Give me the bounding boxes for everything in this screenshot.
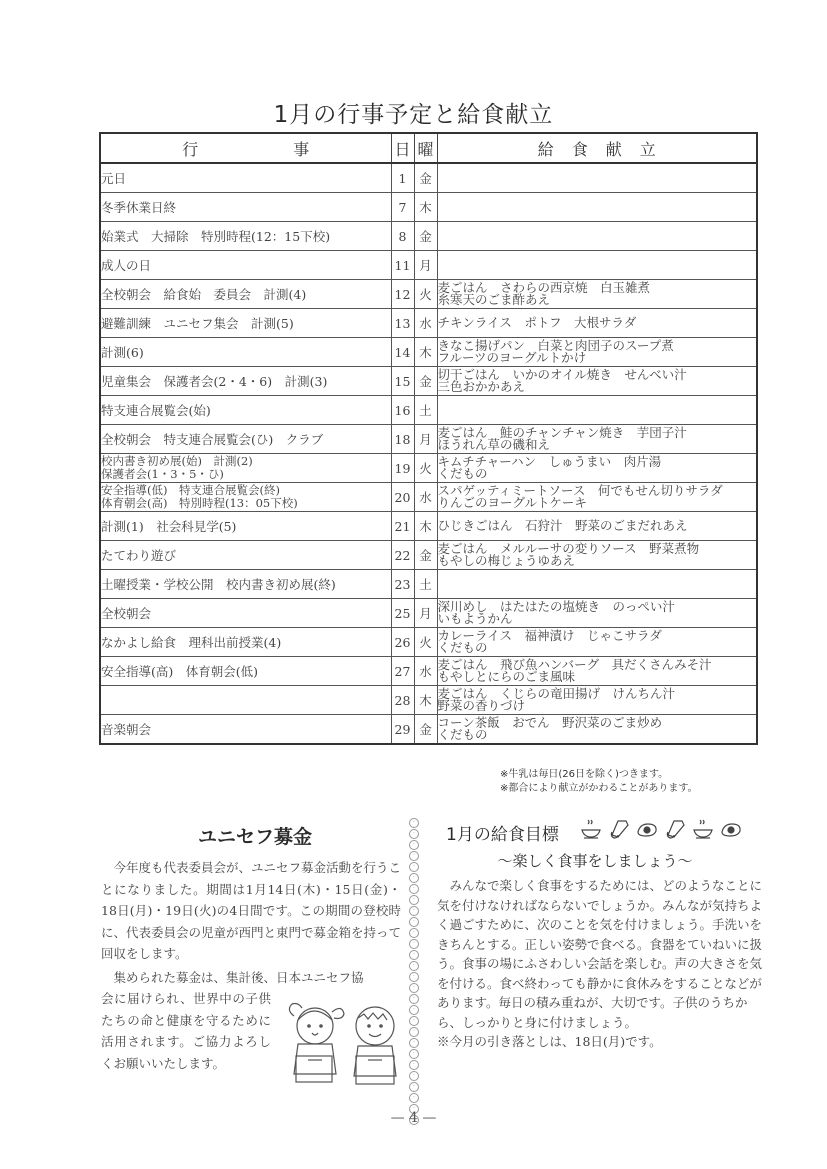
day-cell: 8 [391, 222, 414, 251]
event-cell: 校内書き初め展(始) 計測(2)保護者会(1・3・5・ひ) [100, 454, 391, 483]
smiley-face-icon: · [409, 917, 419, 927]
milk-carton-icon [664, 818, 686, 840]
schedule-table: 行事 日 曜 給食献立 元日1金冬季休業日終7木始業式 大掃除 特別時程(12：… [99, 132, 758, 745]
event-line: 安全指導(高) 体育朝会(低) [101, 662, 391, 680]
weekday-cell: 月 [414, 425, 437, 454]
weekday-cell: 金 [414, 163, 437, 193]
menu-cell: 麦ごはん メルルーサの変りソース 野菜煮物もやしの梅じょうゆあえ [437, 541, 757, 570]
table-row: 計測(1) 社会科見学(5)21木ひじきごはん 石狩汁 野菜のごまだれあえ [100, 512, 757, 541]
event-cell: たてわり遊び [100, 541, 391, 570]
menu-cell [437, 570, 757, 599]
event-cell: 児童集会 保護者会(2・4・6) 計測(3) [100, 367, 391, 396]
event-cell: 計測(6) [100, 338, 391, 367]
food-icons [580, 818, 742, 840]
smiley-face-icon: · [409, 840, 419, 850]
menu-cell [437, 163, 757, 193]
day-cell: 12 [391, 280, 414, 309]
event-line: 計測(1) 社会科見学(5) [101, 517, 391, 535]
smiley-face-icon: · [409, 972, 419, 982]
header-menu-char: 立 [640, 140, 656, 159]
table-row: 始業式 大掃除 特別時程(12：15下校)8金 [100, 222, 757, 251]
smiley-face-icon: · [409, 1082, 419, 1092]
page-title: 1月の行事予定と給食献立 [0, 96, 827, 129]
header-event-char: 事 [293, 140, 309, 159]
lunch-goal-text: みんなで楽しく食事をするためには、どのようなことに気を付けなければならないでしょ… [437, 876, 767, 1032]
unicef-paragraph-2-first: 集められた募金は、集計後、日本ユニセフ協 [114, 970, 364, 985]
event-cell: 全校朝会 [100, 599, 391, 628]
unicef-title: ユニセフ募金 [100, 822, 410, 849]
smiley-divider: ···························· [408, 818, 420, 1098]
day-cell: 25 [391, 599, 414, 628]
event-line: 全校朝会 特支連合展覧会(ひ) クラブ [101, 430, 391, 448]
menu-line: りんごのヨーグルトケーキ [438, 497, 757, 509]
table-row: なかよし給食 理科出前授業(4)26火カレーライス 福神漬け じゃこサラダくだも… [100, 628, 757, 657]
table-row: 成人の日11月 [100, 251, 757, 280]
event-cell [100, 686, 391, 715]
header-event: 行事 [100, 133, 391, 163]
day-cell: 18 [391, 425, 414, 454]
smiley-face-icon: · [409, 1027, 419, 1037]
menu-cell: カレーライス 福神漬け じゃこサラダくだもの [437, 628, 757, 657]
fried-egg-icon [636, 818, 658, 840]
smiley-face-icon: · [409, 1049, 419, 1059]
weekday-cell: 水 [414, 483, 437, 512]
event-line: 全校朝会 給食始 委員会 計測(4) [101, 285, 391, 303]
table-row: 避難訓練 ユニセフ集会 計測(5)13水チキンライス ポトフ 大根サラダ [100, 309, 757, 338]
day-cell: 1 [391, 163, 414, 193]
table-row: 冬季休業日終7木 [100, 193, 757, 222]
event-line: 避難訓練 ユニセフ集会 計測(5) [101, 314, 391, 332]
event-line: 特支連合展覧会(始) [101, 401, 391, 419]
day-cell: 16 [391, 396, 414, 425]
menu-line: くだもの [438, 468, 757, 480]
day-cell: 29 [391, 715, 414, 745]
menu-line: 糸寒天のごま酢あえ [438, 294, 757, 306]
menu-line: くだもの [438, 729, 757, 741]
day-cell: 19 [391, 454, 414, 483]
menu-cell: 麦ごはん 鮭のチャンチャン焼き 芋団子汁ほうれん草の磯和え [437, 425, 757, 454]
smiley-face-icon: · [409, 1071, 419, 1081]
menu-line: くだもの [438, 642, 757, 654]
menu-line: もやしの梅じょうゆあえ [438, 555, 757, 567]
day-cell: 27 [391, 657, 414, 686]
page-number: — 4 — [0, 1110, 827, 1126]
smiley-face-icon: · [409, 906, 419, 916]
weekday-cell: 木 [414, 338, 437, 367]
header-menu-char: 献 [606, 140, 622, 159]
weekday-cell: 火 [414, 628, 437, 657]
header-menu-char: 食 [572, 140, 588, 159]
table-row: 土曜授業・学校公開 校内書き初め展(終)23土 [100, 570, 757, 599]
smiley-face-icon: · [409, 994, 419, 1004]
lunch-goal-note: ※今月の引き落としは、18日(月)です。 [437, 1032, 767, 1052]
weekday-cell: 水 [414, 309, 437, 338]
smiley-face-icon: · [409, 873, 419, 883]
event-cell: 音楽朝会 [100, 715, 391, 745]
event-line: 始業式 大掃除 特別時程(12：15下校) [101, 227, 391, 245]
weekday-cell: 土 [414, 570, 437, 599]
day-cell: 14 [391, 338, 414, 367]
note-menu-change: ※都合により献立がかわることがあります。 [500, 782, 760, 796]
smiley-face-icon: · [409, 829, 419, 839]
lunch-goal-body: みんなで楽しく食事をするためには、どのようなことに気を付けなければならないでしょ… [437, 876, 767, 1052]
day-cell: 22 [391, 541, 414, 570]
event-cell: 安全指導(高) 体育朝会(低) [100, 657, 391, 686]
event-cell: 土曜授業・学校公開 校内書き初め展(終) [100, 570, 391, 599]
menu-cell: スパゲッティミートソース 何でもせん切りサラダりんごのヨーグルトケーキ [437, 483, 757, 512]
event-line: 冬季休業日終 [101, 198, 391, 216]
day-cell: 23 [391, 570, 414, 599]
day-cell: 11 [391, 251, 414, 280]
header-weekday: 曜 [414, 133, 437, 163]
event-cell: 成人の日 [100, 251, 391, 280]
menu-cell: チキンライス ポトフ 大根サラダ [437, 309, 757, 338]
smiley-face-icon: · [409, 939, 419, 949]
smiley-face-icon: · [409, 895, 419, 905]
children-illustration [280, 998, 410, 1088]
menu-cell: キムチチャーハン しゅうまい 肉片湯くだもの [437, 454, 757, 483]
smiley-face-icon: · [409, 961, 419, 971]
menu-cell [437, 222, 757, 251]
schedule-body: 元日1金冬季休業日終7木始業式 大掃除 特別時程(12：15下校)8金成人の日1… [100, 163, 757, 744]
weekday-cell: 木 [414, 193, 437, 222]
event-cell: 全校朝会 特支連合展覧会(ひ) クラブ [100, 425, 391, 454]
smiley-face-icon: · [409, 818, 419, 828]
menu-line: チキンライス ポトフ 大根サラダ [438, 317, 757, 329]
weekday-cell: 金 [414, 541, 437, 570]
table-row: 安全指導(低) 特支連合展覧会(終)体育朝会(高) 特別時程(13：05下校)2… [100, 483, 757, 512]
smiley-face-icon: · [409, 1016, 419, 1026]
table-row: 元日1金 [100, 163, 757, 193]
table-header-row: 行事 日 曜 給食献立 [100, 133, 757, 163]
menu-cell: 切干ごはん いかのオイル焼き せんべい汁三色おかかあえ [437, 367, 757, 396]
event-cell: 元日 [100, 163, 391, 193]
event-line: 元日 [101, 169, 391, 187]
event-line: 全校朝会 [101, 604, 391, 622]
menu-line: フルーツのヨーグルトかけ [438, 352, 757, 364]
smiley-face-icon: · [409, 1038, 419, 1048]
header-menu: 給食献立 [437, 133, 757, 163]
fried-egg-icon [720, 818, 742, 840]
event-cell: 始業式 大掃除 特別時程(12：15下校) [100, 222, 391, 251]
smiley-face-icon: · [409, 928, 419, 938]
lunch-goal-title: 1月の給食目標 [446, 820, 559, 845]
table-row: 計測(6)14木きなこ揚げパン 白菜と肉団子のスープ煮フルーツのヨーグルトかけ [100, 338, 757, 367]
day-cell: 26 [391, 628, 414, 657]
event-line: 音楽朝会 [101, 720, 391, 738]
event-cell: 避難訓練 ユニセフ集会 計測(5) [100, 309, 391, 338]
table-row: 校内書き初め展(始) 計測(2)保護者会(1・3・5・ひ)19火キムチチャーハン… [100, 454, 757, 483]
menu-cell [437, 193, 757, 222]
steaming-bowl-icon [692, 818, 714, 840]
header-menu-char: 給 [538, 140, 554, 159]
table-row: 全校朝会 給食始 委員会 計測(4)12火麦ごはん さわらの西京焼 白玉雑煮糸寒… [100, 280, 757, 309]
menu-cell: 深川めし はたはたの塩焼き のっぺい汁いもようかん [437, 599, 757, 628]
weekday-cell: 金 [414, 715, 437, 745]
day-cell: 20 [391, 483, 414, 512]
weekday-cell: 火 [414, 280, 437, 309]
menu-cell: 麦ごはん 飛び魚ハンバーグ 具だくさんみそ汁もやしとにらのごま風味 [437, 657, 757, 686]
weekday-cell: 土 [414, 396, 437, 425]
header-event-char: 行 [182, 140, 198, 159]
day-cell: 28 [391, 686, 414, 715]
smiley-face-icon: · [409, 862, 419, 872]
event-line: 保護者会(1・3・5・ひ) [101, 468, 391, 481]
event-cell: 安全指導(低) 特支連合展覧会(終)体育朝会(高) 特別時程(13：05下校) [100, 483, 391, 512]
event-cell: 特支連合展覧会(始) [100, 396, 391, 425]
menu-cell: 麦ごはん さわらの西京焼 白玉雑煮糸寒天のごま酢あえ [437, 280, 757, 309]
table-row: たてわり遊び22金麦ごはん メルルーサの変りソース 野菜煮物もやしの梅じょうゆあ… [100, 541, 757, 570]
weekday-cell: 金 [414, 222, 437, 251]
day-cell: 13 [391, 309, 414, 338]
menu-line: ひじきごはん 石狩汁 野菜のごまだれあえ [438, 520, 757, 532]
menu-line: もやしとにらのごま風味 [438, 671, 757, 683]
lunch-goal-subtitle: ～楽しく食事をしましょう～ [420, 850, 770, 871]
table-row: 全校朝会 特支連合展覧会(ひ) クラブ18月麦ごはん 鮭のチャンチャン焼き 芋団… [100, 425, 757, 454]
day-cell: 7 [391, 193, 414, 222]
menu-cell: 麦ごはん くじらの竜田揚げ けんちん汁野菜の香りづけ [437, 686, 757, 715]
note-milk: ※牛乳は毎日(26日を除く)つきます。 [500, 768, 760, 782]
event-line: 計測(6) [101, 343, 391, 361]
table-notes: ※牛乳は毎日(26日を除く)つきます。 ※都合により献立がかわることがあります。 [500, 768, 760, 796]
menu-line: ほうれん草の磯和え [438, 439, 757, 451]
weekday-cell: 木 [414, 512, 437, 541]
event-line: 児童集会 保護者会(2・4・6) 計測(3) [101, 372, 391, 390]
menu-line: いもようかん [438, 613, 757, 625]
table-row: 安全指導(高) 体育朝会(低)27水麦ごはん 飛び魚ハンバーグ 具だくさんみそ汁… [100, 657, 757, 686]
menu-line: 三色おかかあえ [438, 381, 757, 393]
event-line: 体育朝会(高) 特別時程(13：05下校) [101, 497, 391, 510]
smiley-face-icon: · [409, 1005, 419, 1015]
smiley-face-icon: · [409, 950, 419, 960]
steaming-bowl-icon [580, 818, 602, 840]
weekday-cell: 月 [414, 251, 437, 280]
event-cell: 冬季休業日終 [100, 193, 391, 222]
event-line: なかよし給食 理科出前授業(4) [101, 633, 391, 651]
table-row: 特支連合展覧会(始)16土 [100, 396, 757, 425]
event-cell: なかよし給食 理科出前授業(4) [100, 628, 391, 657]
weekday-cell: 火 [414, 454, 437, 483]
milk-carton-icon [608, 818, 630, 840]
menu-cell [437, 251, 757, 280]
menu-cell [437, 396, 757, 425]
event-cell: 計測(1) 社会科見学(5) [100, 512, 391, 541]
event-line: 土曜授業・学校公開 校内書き初め展(終) [101, 575, 391, 593]
menu-cell: きなこ揚げパン 白菜と肉団子のスープ煮フルーツのヨーグルトかけ [437, 338, 757, 367]
menu-line: 野菜の香りづけ [438, 700, 757, 712]
smiley-face-icon: · [409, 983, 419, 993]
smiley-face-icon: · [409, 1093, 419, 1103]
table-row: 28木麦ごはん くじらの竜田揚げ けんちん汁野菜の香りづけ [100, 686, 757, 715]
weekday-cell: 木 [414, 686, 437, 715]
weekday-cell: 金 [414, 367, 437, 396]
smiley-face-icon: · [409, 851, 419, 861]
weekday-cell: 水 [414, 657, 437, 686]
day-cell: 21 [391, 512, 414, 541]
table-row: 全校朝会25月深川めし はたはたの塩焼き のっぺい汁いもようかん [100, 599, 757, 628]
table-row: 児童集会 保護者会(2・4・6) 計測(3)15金切干ごはん いかのオイル焼き … [100, 367, 757, 396]
day-cell: 15 [391, 367, 414, 396]
smiley-face-icon: · [409, 1060, 419, 1070]
table-row: 音楽朝会29金コーン茶飯 おでん 野沢菜のごま炒めくだもの [100, 715, 757, 745]
event-line: たてわり遊び [101, 546, 391, 564]
unicef-paragraph-2-rest: 会に届けられ、世界中の子供たちの命と健康を守るために活用されます。ご協力よろしく… [101, 988, 271, 1074]
menu-cell: コーン茶飯 おでん 野沢菜のごま炒めくだもの [437, 715, 757, 745]
header-day: 日 [391, 133, 414, 163]
event-line: 成人の日 [101, 256, 391, 274]
menu-cell: ひじきごはん 石狩汁 野菜のごまだれあえ [437, 512, 757, 541]
event-cell: 全校朝会 給食始 委員会 計測(4) [100, 280, 391, 309]
unicef-paragraph-1: 今年度も代表委員会が、ユニセフ募金活動を行うことになりました。期間は1月14日(… [101, 857, 401, 965]
smiley-face-icon: · [409, 884, 419, 894]
weekday-cell: 月 [414, 599, 437, 628]
